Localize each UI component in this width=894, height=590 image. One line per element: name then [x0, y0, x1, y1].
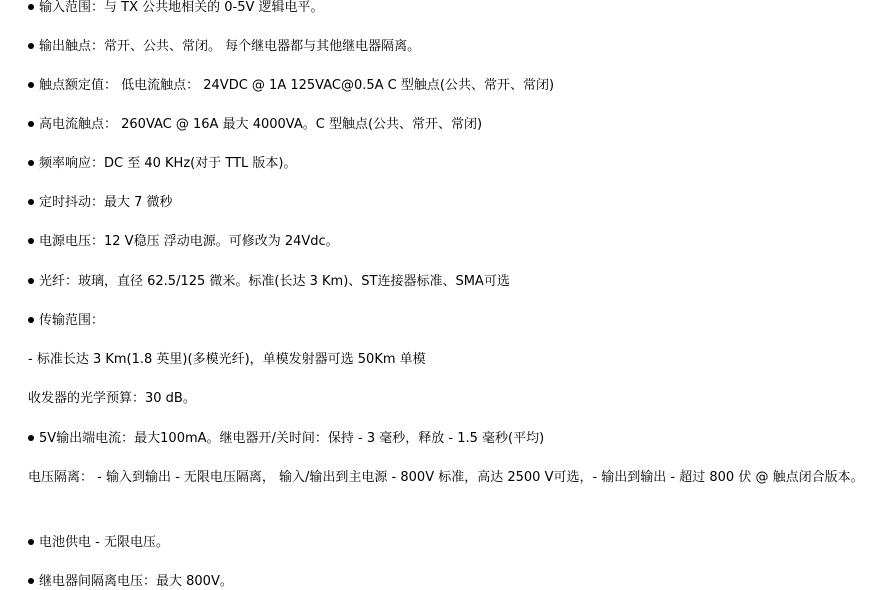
spec-line-contact-rating: 触点额定值： 低电流触点： 24VDC @ 1A 125VAC@0.5A C 型… — [0, 76, 894, 96]
spec-line-relay-isolation: 继电器间隔离电压：最大 800V。 — [0, 572, 894, 590]
bullet-icon — [28, 238, 34, 244]
spec-line-frequency-response: 频率响应：DC 至 40 KHz(对于 TTL 版本)。 — [0, 154, 894, 174]
spec-text: 触点额定值： 低电流触点： 24VDC @ 1A 125VAC@0.5A C 型… — [39, 78, 554, 93]
spec-line-battery-powered: 电池供电 - 无限电压。 — [0, 533, 894, 553]
bullet-icon — [28, 435, 34, 441]
spec-text: 高电流触点： 260VAC @ 16A 最大 4000VA。C 型触点(公共、常… — [39, 117, 482, 132]
spec-line-timing-jitter: 定时抖动：最大 7 微秒 — [0, 193, 894, 213]
spec-line-high-current-contacts: 高电流触点： 260VAC @ 16A 最大 4000VA。C 型触点(公共、常… — [0, 115, 894, 135]
spec-line-input-range: 输入范围：与 TX 公共地相关的 0-5V 逻辑电平。 — [0, 0, 894, 18]
bullet-icon — [28, 121, 34, 127]
bullet-icon — [28, 43, 34, 49]
spec-text: 继电器间隔离电压：最大 800V。 — [39, 574, 233, 589]
spec-text: 电源电压：12 V稳压 浮动电源。可修改为 24Vdc。 — [39, 234, 339, 249]
spec-text: 输出触点：常开、公共、常闭。 每个继电器都与其他继电器隔离。 — [39, 39, 420, 54]
spec-text: 传输范围： — [39, 313, 104, 328]
spec-text: 输入范围：与 TX 公共地相关的 0-5V 逻辑电平。 — [39, 0, 324, 15]
spec-text: 电池供电 - 无限电压。 — [39, 535, 169, 550]
spec-text: 频率响应：DC 至 40 KHz(对于 TTL 版本)。 — [39, 156, 296, 171]
spec-text: 收发器的光学预算：30 dB。 — [28, 391, 196, 406]
spec-line-supply-voltage: 电源电压：12 V稳压 浮动电源。可修改为 24Vdc。 — [0, 232, 894, 252]
spec-line-5v-output-current: 5V输出端电流：最大100mA。继电器开/关时间：保持 - 3 毫秒，释放 - … — [0, 429, 894, 449]
bullet-icon — [28, 539, 34, 545]
bullet-icon — [28, 4, 34, 10]
bullet-icon — [28, 160, 34, 166]
spec-line-range-detail: - 标准长达 3 Km(1.8 英里)(多模光纤)，单模发射器可选 50Km 单… — [0, 350, 894, 370]
spec-line-transmission-range: 传输范围： — [0, 311, 894, 331]
spec-line-fiber: 光纤：玻璃，直径 62.5/125 微米。标准(长达 3 Km)、ST连接器标准… — [0, 272, 894, 292]
spec-line-optical-budget: 收发器的光学预算：30 dB。 — [0, 389, 894, 409]
spec-text: 光纤：玻璃，直径 62.5/125 微米。标准(长达 3 Km)、ST连接器标准… — [39, 274, 510, 289]
bullet-icon — [28, 278, 34, 284]
bullet-icon — [28, 578, 34, 584]
bullet-icon — [28, 317, 34, 323]
spec-text: 定时抖动：最大 7 微秒 — [39, 195, 173, 210]
spec-text: - 标准长达 3 Km(1.8 英里)(多模光纤)，单模发射器可选 50Km 单… — [28, 352, 426, 367]
spec-text: 电压隔离： - 输入到输出 - 无限电压隔离， 输入/输出到主电源 - 800V… — [28, 470, 864, 485]
spec-line-output-contacts: 输出触点：常开、公共、常闭。 每个继电器都与其他继电器隔离。 — [0, 37, 894, 57]
bullet-icon — [28, 199, 34, 205]
spec-text: 5V输出端电流：最大100mA。继电器开/关时间：保持 - 3 毫秒，释放 - … — [39, 431, 544, 446]
spec-line-voltage-isolation: 电压隔离： - 输入到输出 - 无限电压隔离， 输入/输出到主电源 - 800V… — [0, 464, 894, 492]
bullet-icon — [28, 82, 34, 88]
